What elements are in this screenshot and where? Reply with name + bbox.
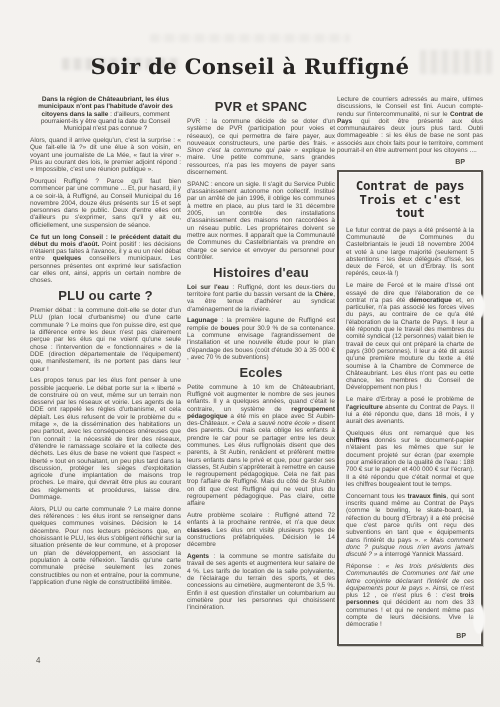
paragraph: Le maire de Fercé et le maire d'Issé ont… bbox=[346, 282, 474, 391]
paragraph: Premier débat : la commune doit-elle se … bbox=[30, 307, 181, 373]
scan-artifact bbox=[473, 604, 485, 634]
paragraph: Alors, PLU ou carte communale ? Le maire… bbox=[30, 506, 181, 586]
section-heading-pvr-spanc: PVR et SPANC bbox=[187, 100, 335, 113]
column-middle: PVR et SPANC PVR : la commune décide de … bbox=[187, 96, 335, 616]
newspaper-page: Soir de Conseil à Ruffigné Dans la régio… bbox=[0, 0, 500, 707]
section-heading-plu-ou-carte: PLU ou carte ? bbox=[30, 289, 181, 302]
paragraph: Autre problème scolaire : Ruffigné atten… bbox=[187, 512, 335, 548]
intro-paragraph: Dans la région de Châteaubriant, les élu… bbox=[30, 96, 181, 132]
paragraph: Quelques élus ont remarqué que les chiff… bbox=[346, 430, 474, 488]
author-initials: BP bbox=[346, 633, 474, 640]
paragraph: Loi sur l'eau : Ruffigné, dont les deux-… bbox=[187, 284, 335, 313]
paragraph: Concernant tous les travaux finis, qui s… bbox=[346, 493, 474, 559]
paragraph: Ce fut un long Conseil : le précédent da… bbox=[30, 234, 181, 285]
paragraph: Lagunage : la première lagune de Ruffign… bbox=[187, 317, 335, 361]
column-right: Lecture de courriers adressés au maire, … bbox=[337, 96, 483, 646]
paragraph: Réponse : « les trois présidents des Com… bbox=[346, 563, 474, 629]
box-title-line-2: Trois et c'est tout bbox=[346, 193, 474, 220]
bleed-through-artifact bbox=[150, 34, 350, 42]
paragraph: Les propos tenus par les élus font pense… bbox=[30, 377, 181, 501]
paragraph: Le futur contrat de pays a été présenté … bbox=[346, 227, 474, 278]
scan-artifact bbox=[474, 294, 485, 318]
paragraph: Le maire d'Erbray a posé le problème de … bbox=[346, 396, 474, 425]
box-title: Contrat de pays Trois et c'est tout bbox=[346, 179, 474, 220]
box-title-line-1: Contrat de pays bbox=[346, 179, 474, 193]
section-heading-ecoles: Ecoles bbox=[187, 366, 335, 379]
page-title: Soir de Conseil à Ruffigné bbox=[0, 54, 500, 79]
paragraph: Agents : la commune se montre satisfaite… bbox=[187, 553, 335, 611]
author-initials: BP bbox=[337, 159, 483, 166]
paragraph: Lecture de courriers adressés au maire, … bbox=[337, 96, 483, 154]
page-number: 4 bbox=[36, 656, 40, 665]
section-heading-histoires-eau: Histoires d'eau bbox=[187, 266, 335, 279]
paragraph: SPANC : encore un sigle. Il s'agit du Se… bbox=[187, 181, 335, 261]
paragraph: Pourquoi Ruffigné ? Parce qu'il faut bie… bbox=[30, 178, 181, 229]
paragraph: PVR : la commune décide de se doter d'un… bbox=[187, 118, 335, 176]
paragraph: Alors, quand il arrive quelqu'un, c'est … bbox=[30, 137, 181, 173]
contrat-de-pays-box: Contrat de pays Trois et c'est tout Le f… bbox=[337, 170, 483, 646]
paragraph: Petite commune à 10 km de Châteaubriant,… bbox=[187, 384, 335, 508]
column-left: Dans la région de Châteaubriant, les élu… bbox=[30, 96, 181, 591]
